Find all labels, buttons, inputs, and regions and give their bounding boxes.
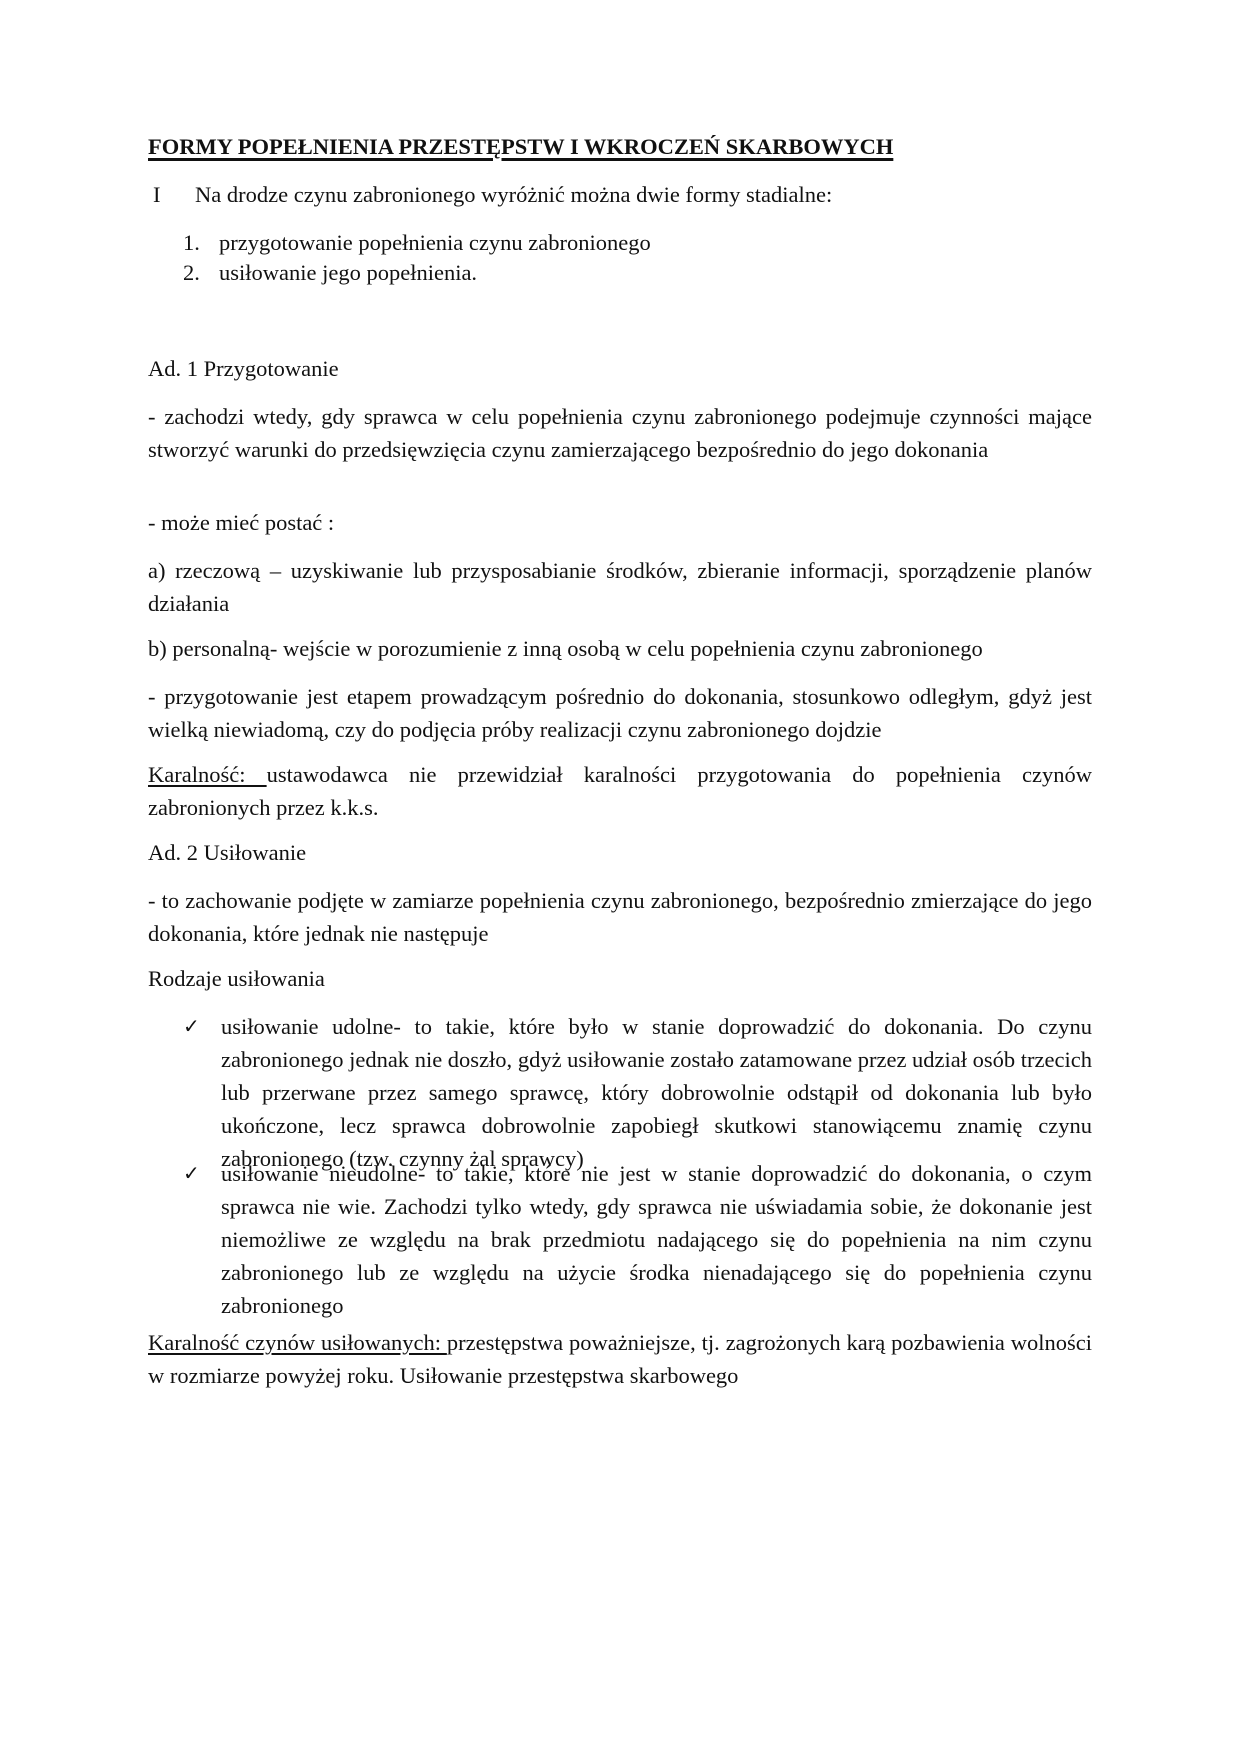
intro-text: Na drodze czynu zabronionego wyróżnić mo… (195, 182, 832, 207)
stage-number: 1. (183, 226, 219, 259)
punishability-text: ustawodawca nie przewidział karalności p… (148, 762, 1092, 820)
stage-item: 1.przygotowanie popełnienia czynu zabron… (183, 226, 651, 259)
punishability-label: Karalność: (148, 762, 267, 787)
intro-marker: I (148, 178, 195, 211)
attempt-type-text: usiłowanie udolne- to takie, które było … (221, 1010, 1092, 1175)
section1-note: - przygotowanie jest etapem prowadzącym … (148, 680, 1092, 746)
section2-types-heading: Rodzaje usiłowania (148, 962, 325, 995)
attempt-type-item: ✓ usiłowanie udolne- to takie, które był… (183, 1010, 1092, 1175)
section1-punishability: Karalność: ustawodawca nie przewidział k… (148, 758, 1092, 824)
attempt-type-text: usiłowanie nieudolne- to takie, które ni… (221, 1157, 1092, 1322)
stage-text: usiłowanie jego popełnienia. (219, 260, 477, 285)
stage-text: przygotowanie popełnienia czynu zabronio… (219, 230, 651, 255)
section2-definition: - to zachowanie podjęte w zamiarze popeł… (148, 884, 1092, 950)
section1-form-a: a) rzeczową – uzyskiwanie lub przysposab… (148, 554, 1092, 620)
stage-item: 2.usiłowanie jego popełnienia. (183, 256, 477, 289)
checkmark-icon: ✓ (183, 1157, 219, 1190)
stage-number: 2. (183, 256, 219, 289)
document-title: FORMY POPEŁNIENIA PRZESTĘPSTW I WKROCZEŃ… (148, 130, 893, 163)
punishability-label: Karalność czynów usiłowanych: (148, 1330, 447, 1355)
section1-forms-intro: - może mieć postać : (148, 506, 334, 539)
section1-form-b: b) personalną- wejście w porozumienie z … (148, 632, 983, 665)
section2-heading: Ad. 2 Usiłowanie (148, 836, 306, 869)
section1-heading: Ad. 1 Przygotowanie (148, 352, 339, 385)
checkmark-icon: ✓ (183, 1010, 219, 1043)
intro-paragraph: INa drodze czynu zabronionego wyróżnić m… (148, 178, 832, 211)
section1-definition: - zachodzi wtedy, gdy sprawca w celu pop… (148, 400, 1092, 466)
section2-punishability: Karalność czynów usiłowanych: przestępst… (148, 1326, 1092, 1392)
attempt-type-item: ✓ usiłowanie nieudolne- to takie, które … (183, 1157, 1092, 1322)
